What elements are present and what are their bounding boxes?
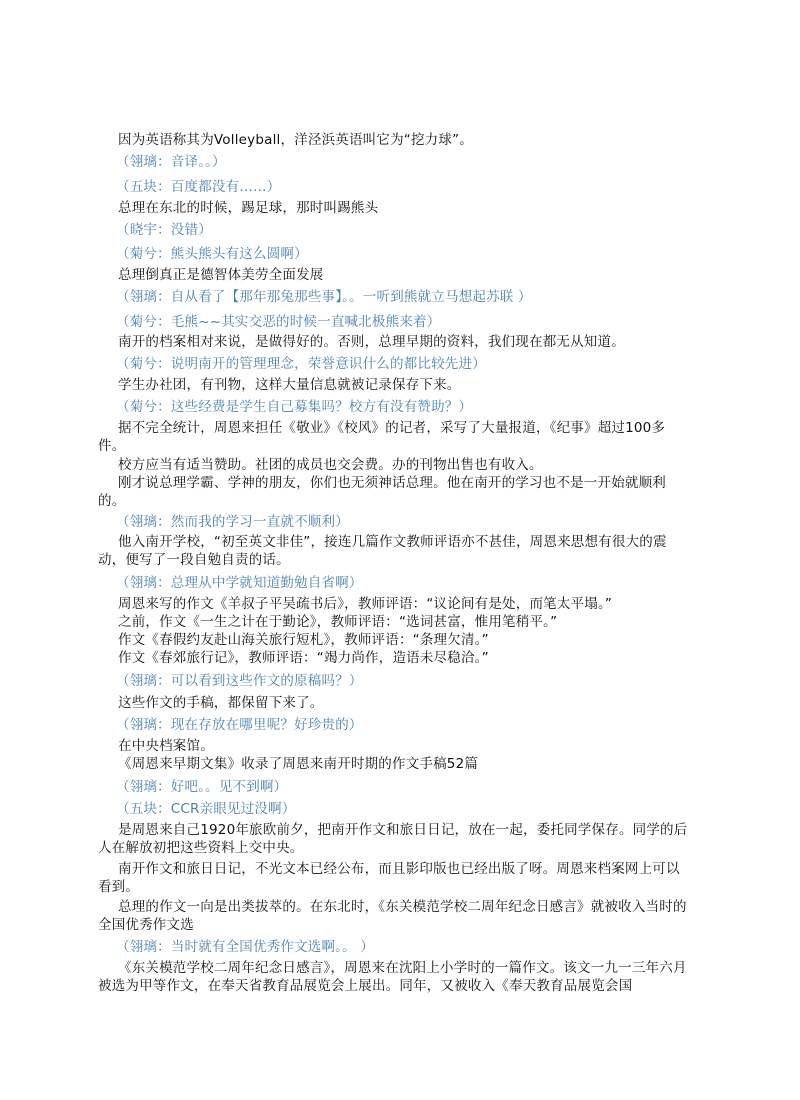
comment-text: （翎璃：现在存放在哪里呢？好珍贵的） (116, 716, 706, 734)
body-text: 总理倒真正是德智体美劳全面发展 (118, 266, 708, 284)
body-text: 《周恩来早期文集》收录了周恩来南开时期的作文手稿52篇 (118, 755, 708, 773)
body-text: 学生办社团，有刊物，这样大量信息就被记录保存下来。 (118, 376, 708, 394)
body-paragraph: 是周恩来自己1920年旅欧前夕，把南开作文和旅日日记，放在一起，委托同学保存。同… (98, 821, 688, 857)
document-page: 因为英语称其为Volleyball，洋泾浜英语叫它为“挖力球”。 （翎璃：音译。… (0, 0, 800, 1100)
comment-text: （翎璃：可以看到这些作文的原稿吗？） (116, 672, 706, 690)
body-text: 在中央档案馆。 (118, 737, 708, 755)
comment-text: （菊兮：熊头熊头有这么圆啊） (116, 245, 706, 263)
comment-text: （菊兮：说明南开的管理理念，荣誉意识什么的都比较先进） (116, 355, 706, 373)
comment-text: （翎璃：自从看了【那年那兔那些事】。。一听到熊就立马想起苏联 ） (116, 288, 706, 306)
comment-text: （翎璃：当时就有全国优秀作文选啊。。 ） (116, 938, 706, 956)
body-text: 这些作文的手稿，都保留下来了。 (118, 694, 708, 712)
body-text: 作文《春郊旅行记》，教师评语：“竭力尚作，造语未尽稳洽。” (118, 649, 708, 667)
body-text: 作文《春假约友赴山海关旅行短札》，教师评语：“条理欠清。” (118, 631, 708, 649)
body-text: 之前，作文《一生之计在于勤论》，教师评语：“选词甚富，惟用笔稍平。” (118, 613, 708, 631)
comment-text: （晓宇：没错） (116, 221, 706, 239)
comment-text: （菊兮：毛熊~~其实交恶的时候一直喊北极熊来着） (116, 313, 706, 331)
body-paragraph: 南开作文和旅日日记，不光文本已经公布，而且影印版也已经出版了呀。周恩来档案网上可… (98, 860, 688, 896)
body-text: 总理在东北的时候，踢足球，那时叫踢熊头 (118, 199, 708, 217)
comment-text: （五块：CCR亲眼见过没啊） (116, 800, 706, 818)
comment-text: （菊兮：这些经费是学生自己募集吗？校方有没有赞助？） (116, 398, 706, 416)
body-text: 因为英语称其为Volleyball，洋泾浜英语叫它为“挖力球”。 (118, 131, 708, 149)
comment-text: （五块：百度都没有……） (116, 178, 706, 196)
comment-text: （翎璃：好吧。。见不到啊） (116, 778, 706, 796)
comment-text: （翎璃：然而我的学习一直就不顺利） (116, 513, 706, 531)
body-paragraph: 他入南开学校，“初至英文非佳”，接连几篇作文教师评语亦不甚佳，周恩来思想有很大的… (98, 533, 688, 569)
body-paragraph: 《东关模范学校二周年纪念日感言》，周恩来在沈阳上小学时的一篇作文。该文一九一三年… (98, 959, 688, 995)
body-paragraph: 刚才说总理学霸、学神的朋友，你们也无须神话总理。他在南开的学习也不是一开始就顺利… (98, 474, 688, 510)
body-text: 南开的档案相对来说，是做得好的。否则，总理早期的资料，我们现在都无从知道。 (118, 333, 708, 351)
body-paragraph: 据不完全统计，周恩来担任《敬业》《校风》的记者，采写了大量报道，《纪事》超过10… (98, 419, 688, 455)
comment-text: （翎璃：总理从中学就知道勤勉自省啊） (116, 574, 706, 592)
body-text: 校方应当有适当赞助。社团的成员也交会费。办的刊物出售也有收入。 (118, 456, 708, 474)
body-paragraph: 总理的作文一向是出类拔萃的。在东北时，《东关模范学校二周年纪念日感言》就被收入当… (98, 898, 688, 934)
comment-text: （翎璃：音译。。） (116, 153, 706, 171)
body-text: 周恩来写的作文《羊叔子平吴疏书后》，教师评语：“议论间有是处，而笔太平塌。” (118, 595, 708, 613)
